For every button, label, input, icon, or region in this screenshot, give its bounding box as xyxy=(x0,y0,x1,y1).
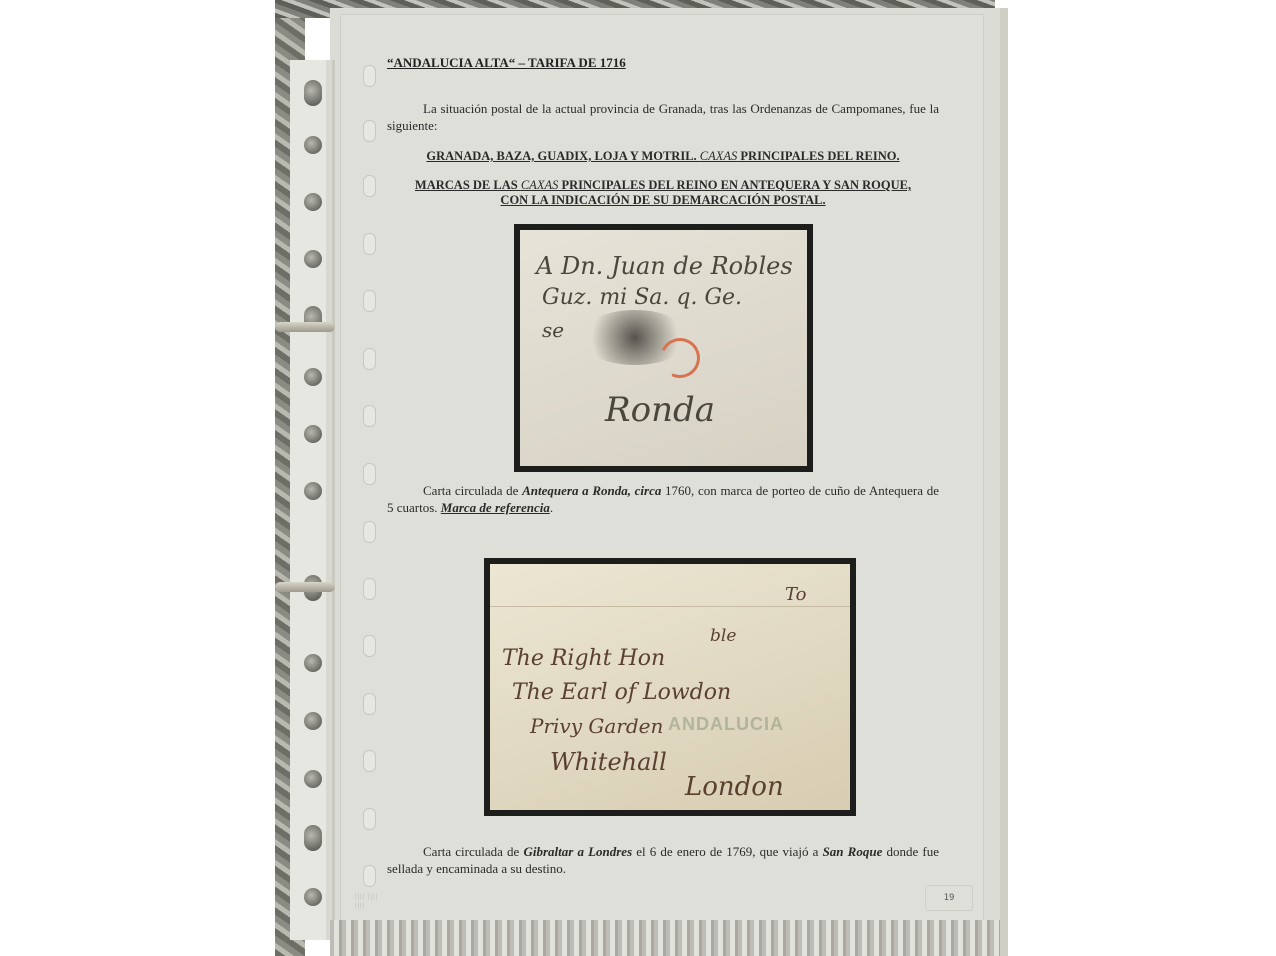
page-hole xyxy=(363,233,376,255)
page-hole xyxy=(363,290,376,312)
strip-hole xyxy=(304,888,322,906)
handwriting-line: To xyxy=(785,584,806,605)
strip-hole xyxy=(304,368,322,386)
heading2-italic: CAXAS xyxy=(521,178,559,192)
heading1-text: GRANADA, BAZA, GUADIX, LOJA Y MOTRIL. xyxy=(426,149,699,163)
strip-hole xyxy=(304,482,322,500)
handwriting-line: The Earl of Lowdon xyxy=(512,680,731,705)
caption-text: Carta circulada de xyxy=(423,844,523,859)
handwriting-destination: London xyxy=(685,772,784,802)
page-number: 19 xyxy=(925,885,973,911)
page-hole xyxy=(363,693,376,715)
intro-text: La situación postal de la actual provinc… xyxy=(387,101,939,133)
page-hole xyxy=(363,348,376,370)
binder-strip xyxy=(290,60,335,940)
sleeve-brand-label: |||| |||||||| xyxy=(355,893,378,911)
page-hole xyxy=(363,808,376,830)
heading2-line2: CON LA INDICACIÓN DE SU DEMARCACIÓN POST… xyxy=(500,193,825,207)
page-hole xyxy=(363,405,376,427)
heading2-text-end: PRINCIPALES DEL REINO EN ANTEQUERA Y SAN… xyxy=(558,178,911,192)
handwriting-line: se xyxy=(542,318,564,342)
strip-hole xyxy=(304,654,322,672)
strip-hole xyxy=(304,712,322,730)
strip-hole xyxy=(304,250,322,268)
heading1-italic: CAXAS xyxy=(700,149,738,163)
page-hole xyxy=(363,120,376,142)
handwriting-line: Whitehall xyxy=(550,748,667,776)
caption-letter-2: Carta circulada de Gibraltar a Londres e… xyxy=(387,843,939,877)
sleeve-bottom-edge xyxy=(330,920,1000,956)
section-heading-marcas: MARCAS DE LAS CAXAS PRINCIPALES DEL REIN… xyxy=(387,178,939,208)
page-hole xyxy=(363,635,376,657)
handwriting-line: ble xyxy=(710,626,736,646)
handwriting-destination: Ronda xyxy=(605,390,715,430)
page-hole xyxy=(363,175,376,197)
strip-hole xyxy=(304,825,322,851)
caption-text: . xyxy=(550,500,553,515)
page-hole xyxy=(363,463,376,485)
intro-paragraph: La situación postal de la actual provinc… xyxy=(387,100,939,134)
handwriting-line: The Right Hon xyxy=(502,646,665,671)
binder-ring xyxy=(275,322,335,332)
cover-letter-antequera-ronda: A Dn. Juan de Robles Guz. mi Sa. q. Ge. … xyxy=(520,230,807,466)
page-hole xyxy=(363,65,376,87)
page-hole xyxy=(363,521,376,543)
handwriting-line: Privy Garden xyxy=(530,714,663,738)
green-andalucia-postmark: ANDALUCIA xyxy=(668,714,784,735)
strip-hole xyxy=(304,136,322,154)
heading2-text: MARCAS DE LAS xyxy=(415,178,521,192)
page-title: “ANDALUCIA ALTA“ – TARIFA DE 1716 xyxy=(387,55,626,71)
caption-place: San Roque xyxy=(823,844,883,859)
caption-letter-1: Carta circulada de Antequera a Ronda, ci… xyxy=(387,482,939,516)
page-hole xyxy=(363,578,376,600)
strip-hole xyxy=(304,770,322,788)
strip-hole xyxy=(304,80,322,106)
caption-text: el 6 de enero de 1769, que viajó a xyxy=(632,844,822,859)
caption-route: Antequera a Ronda, circa xyxy=(522,483,661,498)
letter-fold-line xyxy=(490,606,850,607)
strip-hole xyxy=(304,193,322,211)
page-hole xyxy=(363,865,376,887)
cover-letter-gibraltar-london: To ble The Right Hon The Earl of Lowdon … xyxy=(490,564,850,810)
caption-reference-mark: Marca de referencia xyxy=(441,500,550,515)
binder-ring xyxy=(275,582,335,592)
heading1-text-end: PRINCIPALES DEL REINO. xyxy=(737,149,899,163)
caption-route: Gibraltar a Londres xyxy=(523,844,632,859)
handwriting-line: A Dn. Juan de Robles xyxy=(536,252,793,280)
handwriting-line: Guz. mi Sa. q. Ge. xyxy=(542,285,742,310)
page-hole xyxy=(363,750,376,772)
strip-hole xyxy=(304,425,322,443)
section-heading-cajas: GRANADA, BAZA, GUADIX, LOJA Y MOTRIL. CA… xyxy=(387,149,939,164)
caption-text: Carta circulada de xyxy=(423,483,522,498)
